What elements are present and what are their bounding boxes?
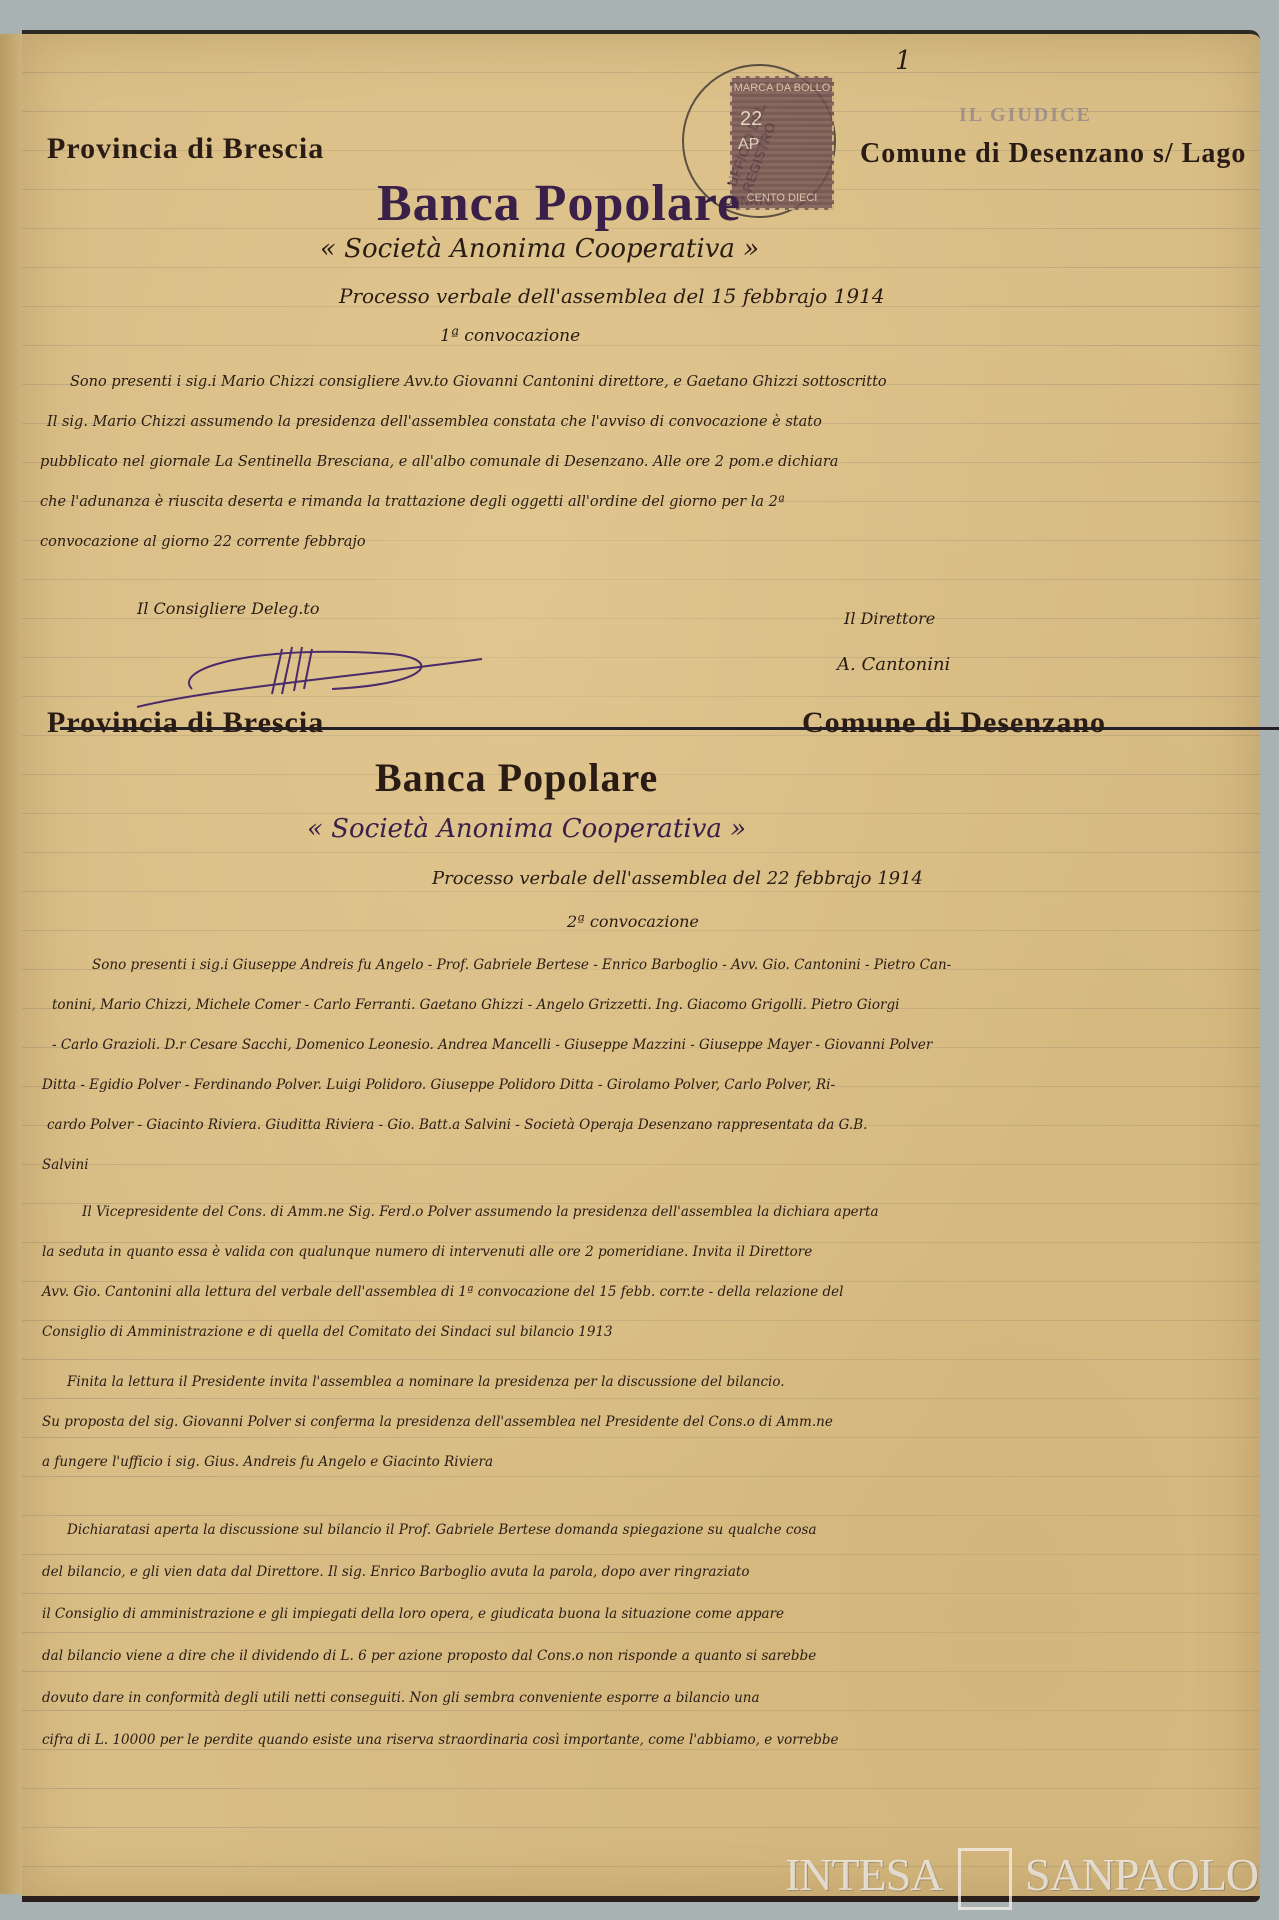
section1-line: pubblicato nel giornale La Sentinella Br… <box>40 454 838 470</box>
section1-subtitle: « Società Anonima Cooperativa » <box>320 234 759 264</box>
revenue-stamp: MARCA DA BOLLO 22 AP CENTO DIECI <box>730 76 834 210</box>
section2-line: Ditta - Egidio Polver - Ferdinando Polve… <box>42 1077 835 1093</box>
section2-line: Salvini <box>42 1157 89 1173</box>
section2-title: Banca Popolare <box>375 754 658 801</box>
signature-right-name: A. Cantonini <box>837 654 950 675</box>
section2-header-right: Comune di Desenzano <box>802 706 1106 740</box>
stamp-date-month: AP <box>738 136 759 154</box>
signature-scrawl <box>132 639 492 709</box>
watermark-logo-icon <box>958 1848 1012 1910</box>
facing-page-edge <box>0 34 24 1894</box>
section1-convocation: 1ª convocazione <box>440 326 580 346</box>
section2-header-left: Provincia di Brescia <box>47 706 324 740</box>
section2-minutes-title: Processo verbale dell'assemblea del 22 f… <box>432 868 923 889</box>
section2-line: Consiglio di Amministrazione e di quella… <box>42 1324 613 1340</box>
section2-line: cardo Polver - Giacinto Riviera. Giuditt… <box>47 1117 867 1133</box>
section2-line: Su proposta del sig. Giovanni Polver si … <box>42 1414 833 1430</box>
section2-line: tonini, Mario Chizzi, Michele Comer - Ca… <box>52 997 899 1013</box>
section1-line: Il sig. Mario Chizzi assumendo la presid… <box>47 414 822 430</box>
section2-line: del bilancio, e gli vien data dal Dirett… <box>42 1564 749 1580</box>
section2-line: cifra di L. 10000 per le perdite quando … <box>42 1732 838 1748</box>
section1-minutes-title: Processo verbale dell'assemblea del 15 f… <box>339 284 885 308</box>
section2-line: - Carlo Grazioli. D.r Cesare Sacchi, Dom… <box>52 1037 932 1053</box>
section2-line: Avv. Gio. Cantonini alla lettura del ver… <box>42 1284 843 1300</box>
section1-header-right: Comune di Desenzano s/ Lago <box>860 138 1246 170</box>
section2-subtitle: « Società Anonima Cooperativa » <box>307 814 746 844</box>
signature-right-label: Il Direttore <box>844 609 935 628</box>
section2-line: dovuto dare in conformità degli utili ne… <box>42 1690 760 1706</box>
section2-line: Dichiaratasi aperta la discussione sul b… <box>67 1522 817 1538</box>
section2-line: a fungere l'ufficio i sig. Gius. Andreis… <box>42 1454 493 1470</box>
section1-line: Sono presenti i sig.i Mario Chizzi consi… <box>70 374 887 390</box>
section2-line: Il Vicepresidente del Cons. di Amm.ne Si… <box>82 1204 879 1220</box>
page-marker: 1 <box>895 46 912 76</box>
section2-line: Sono presenti i sig.i Giuseppe Andreis f… <box>92 957 951 973</box>
signature-left-label: Il Consigliere Deleg.to <box>137 599 319 618</box>
section1-title: Banca Popolare <box>377 174 741 233</box>
section1-header-left: Provincia di Brescia <box>47 132 324 166</box>
document-page: UFFICIO DEL REGISTRO LONATO MARCA DA BOL… <box>22 30 1260 1902</box>
section1-line: convocazione al giorno 22 corrente febbr… <box>40 534 366 550</box>
section2-line: la seduta in quanto essa è valida con qu… <box>42 1244 812 1260</box>
watermark-left: INTESA <box>785 1848 943 1901</box>
section1-line: che l'adunanza è riuscita deserta e rima… <box>40 494 785 510</box>
section2-line: dal bilancio viene a dire che il dividen… <box>42 1648 816 1664</box>
section2-convocation: 2ª convocazione <box>567 912 699 931</box>
stamp-date-day: 22 <box>740 108 762 131</box>
giudice-ink-stamp: IL GIUDICE <box>959 104 1092 127</box>
stamp-bottom-text: CENTO DIECI <box>732 192 832 204</box>
section2-line: Finita la lettura il Presidente invita l… <box>67 1374 785 1390</box>
watermark-right: SANPAOLO <box>1025 1848 1258 1901</box>
stamp-top-text: MARCA DA BOLLO <box>732 82 832 94</box>
section2-line: il Consiglio di amministrazione e gli im… <box>42 1606 784 1622</box>
